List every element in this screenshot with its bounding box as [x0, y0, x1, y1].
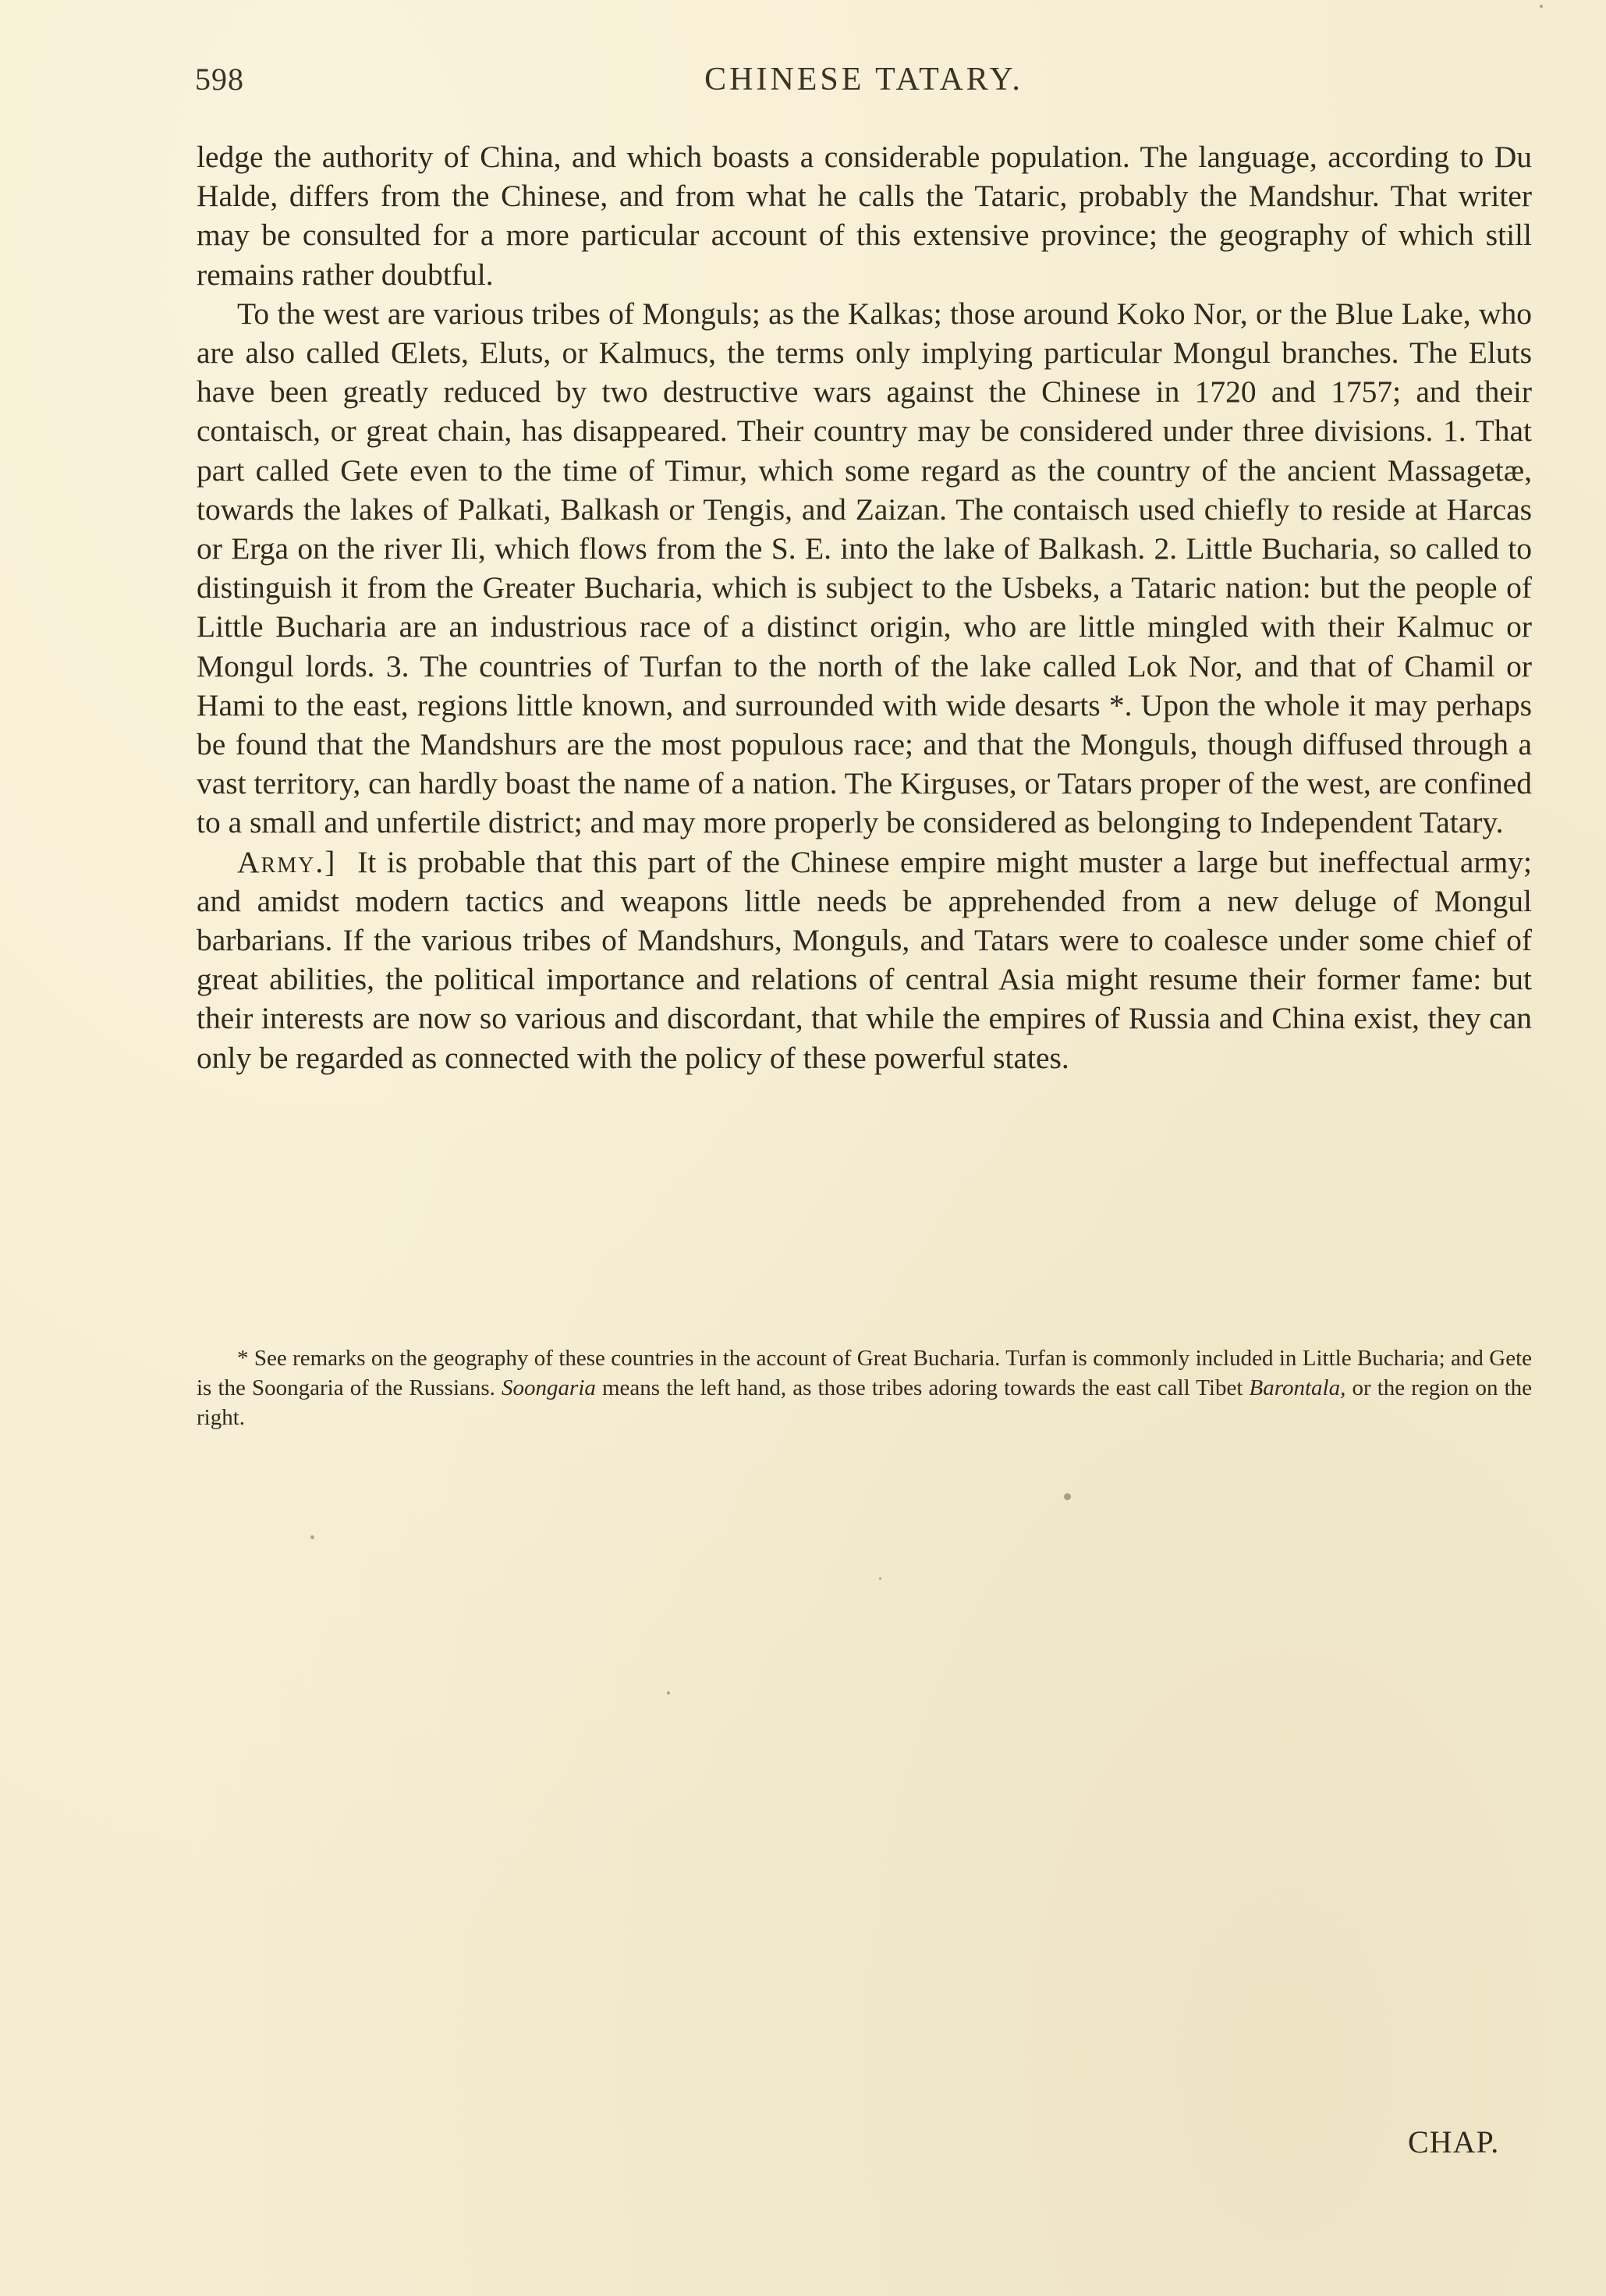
section-label-army: Army.]	[237, 845, 336, 879]
footnote-marker: *	[237, 1346, 249, 1371]
paper-speck	[1540, 5, 1543, 8]
paragraph-continuation: ledge the authority of China, and which …	[197, 137, 1532, 294]
paragraph-army-text: It is probable that this part of the Chi…	[197, 845, 1532, 1075]
paper-speck	[310, 1535, 314, 1539]
paper-speck	[879, 1577, 881, 1580]
paper-speck	[667, 1691, 670, 1694]
catchword: CHAP.	[1408, 2124, 1499, 2160]
footnote: * See remarks on the geography of these …	[197, 1343, 1532, 1432]
running-title: CHINESE TATARY.	[195, 61, 1533, 98]
footnote-text-2: means the left hand, as those tribes ado…	[602, 1375, 1243, 1400]
paragraph-army: Army.] It is probable that this part of …	[197, 843, 1532, 1077]
paper-speck	[1064, 1493, 1071, 1500]
running-head: 598 CHINESE TATARY.	[195, 61, 1533, 115]
footnotes: * See remarks on the geography of these …	[197, 1343, 1532, 1432]
paragraph-tribes: To the west are various tribes of Mongul…	[197, 294, 1532, 843]
body-text: ledge the authority of China, and which …	[197, 137, 1532, 1077]
footnote-italic-soongaria: Soongaria	[502, 1375, 596, 1400]
book-page: 598 CHINESE TATARY. ledge the authority …	[0, 0, 1606, 2296]
footnote-italic-barontala: Barontala,	[1250, 1375, 1346, 1400]
